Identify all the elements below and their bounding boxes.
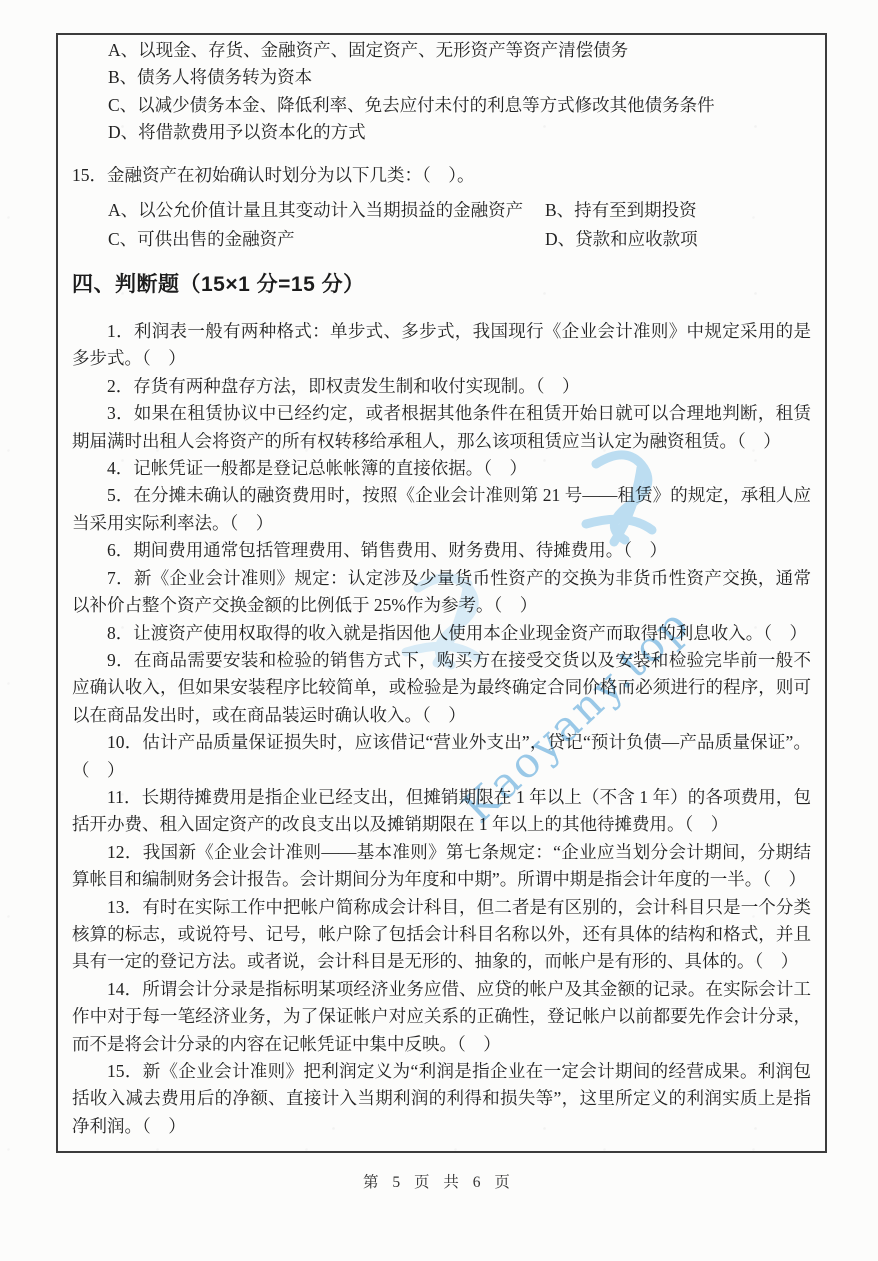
judgment-item-9: 9．在商品需要安装和检验的销售方式下，购买方在接受交货以及安装和检验完毕前一般不…	[72, 647, 811, 729]
judgment-item-11: 11．长期待摊费用是指企业已经支出，但摊销期限在 1 年以上（不含 1 年）的各…	[72, 784, 811, 839]
q15-option-a: A、以公允价值计量且其变动计入当期损益的金融资产	[108, 196, 545, 225]
page-border: A、以现金、存货、金融资产、固定资产、无形资产等资产清偿债务 B、债务人将债务转…	[56, 33, 827, 1153]
judgment-question-list: 1．利润表一般有两种格式：单步式、多步式，我国现行《企业会计准则》中规定采用的是…	[72, 318, 811, 1140]
option-line-d: D、将借款费用予以资本化的方式	[72, 119, 811, 146]
judgment-item-3: 3．如果在租赁协议中已经约定，或者根据其他条件在租赁开始日就可以合理地判断，租赁…	[72, 400, 811, 455]
judgment-item-7: 7．新《企业会计准则》规定：认定涉及少量货币性资产的交换为非货币性资产交换，通常…	[72, 565, 811, 620]
option-line-c: C、以减少债务本金、降低利率、免去应付未付的利息等方式修改其他债务条件	[72, 92, 811, 119]
judgment-item-5: 5．在分摊未确认的融资费用时，按照《企业会计准则第 21 号——租赁》的规定，承…	[72, 482, 811, 537]
option-line-b: B、债务人将债务转为资本	[72, 64, 811, 91]
q15-option-d: D、贷款和应收款项	[545, 225, 811, 254]
question-15-stem: 15．金融资产在初始确认时划分为以下几类：（ ）。	[72, 162, 811, 189]
q15-option-c: C、可供出售的金融资产	[108, 225, 545, 254]
judgment-item-6: 6．期间费用通常包括管理费用、销售费用、财务费用、待摊费用。（ ）	[72, 537, 811, 564]
page-number-footer: 第 5 页 共 6 页	[0, 1170, 878, 1192]
option-line-a: A、以现金、存货、金融资产、固定资产、无形资产等资产清偿债务	[72, 37, 811, 64]
q15-option-b: B、持有至到期投资	[545, 196, 811, 225]
page-content: A、以现金、存货、金融资产、固定资产、无形资产等资产清偿债务 B、债务人将债务转…	[58, 35, 825, 1151]
judgment-item-10: 10．估计产品质量保证损失时，应该借记“营业外支出”，贷记“预计负债—产品质量保…	[72, 729, 811, 784]
judgment-item-8: 8．让渡资产使用权取得的收入就是指因他人使用本企业现金资产而取得的利息收入。（ …	[72, 620, 811, 647]
judgment-item-13: 13．有时在实际工作中把帐户简称成会计科目，但二者是有区别的，会计科目只是一个分…	[72, 894, 811, 976]
judgment-item-15: 15．新《企业会计准则》把利润定义为“利润是指企业在一定会计期间的经营成果。利润…	[72, 1058, 811, 1140]
judgment-item-14: 14．所谓会计分录是指标明某项经济业务应借、应贷的帐户及其金额的记录。在实际会计…	[72, 976, 811, 1058]
judgment-item-12: 12．我国新《企业会计准则——基本准则》第七条规定：“企业应当划分会计期间，分期…	[72, 839, 811, 894]
previous-question-options: A、以现金、存货、金融资产、固定资产、无形资产等资产清偿债务 B、债务人将债务转…	[72, 37, 811, 147]
judgment-item-4: 4．记帐凭证一般都是登记总帐帐簿的直接依据。（ ）	[72, 455, 811, 482]
judgment-item-2: 2．存货有两种盘存方法，即权责发生制和收付实现制。（ ）	[72, 373, 811, 400]
judgment-item-1: 1．利润表一般有两种格式：单步式、多步式，我国现行《企业会计准则》中规定采用的是…	[72, 318, 811, 373]
scanned-exam-page: A、以现金、存货、金融资产、固定资产、无形资产等资产清偿债务 B、债务人将债务转…	[0, 0, 878, 1261]
section-4-heading: 四、判断题（15×1 分=15 分）	[72, 272, 811, 298]
question-15-options: A、以公允价值计量且其变动计入当期损益的金融资产 B、持有至到期投资 C、可供出…	[108, 196, 811, 254]
